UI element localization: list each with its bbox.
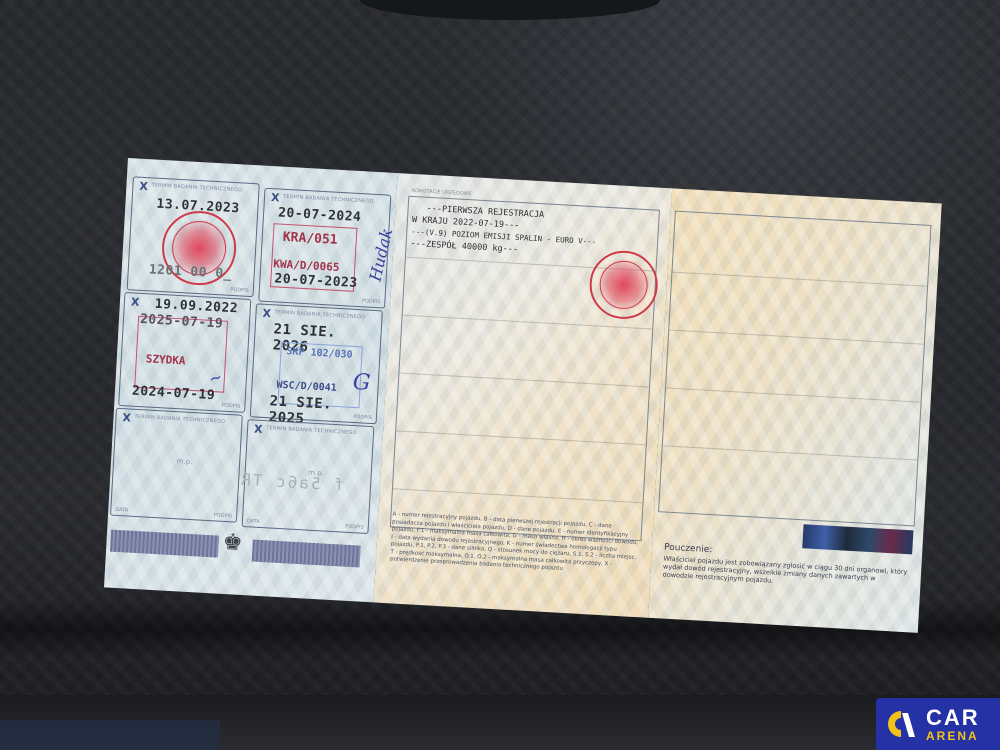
notice-panel: Pouczenie: Właściciel pojazdu jest zobow… — [648, 188, 942, 632]
date-label: DATA — [115, 507, 128, 514]
logo-text-arena: ARENA — [926, 729, 979, 743]
x-mark: X — [131, 295, 140, 308]
signature-label: PODPIS — [230, 287, 249, 294]
inspection-box-3: X 19.09.2022 2025-07-19 SZYDKA 2024-07-1… — [118, 292, 251, 413]
inspection-box-4: X TERMIN BADANIA TECHNICZNEGO 21 SIE. 20… — [250, 303, 383, 424]
box-header: TERMIN BADANIA TECHNICZNEGO — [151, 182, 242, 193]
seal-placeholder: m.p. — [176, 457, 192, 466]
polish-eagle-icon: ♚ — [222, 530, 243, 556]
signature-label: PODPIS — [362, 298, 381, 305]
inspection-panel: X TERMIN BADANIA TECHNICZNEGO 13.07.2023… — [104, 158, 398, 602]
diagnostician-code: SZYDKA — [145, 352, 185, 367]
floor-mat — [0, 720, 220, 750]
x-mark: X — [271, 191, 280, 204]
inspection-box-1: X TERMIN BADANIA TECHNICZNEGO 13.07.2023… — [127, 176, 260, 297]
signature-label: PODPIS — [222, 403, 241, 410]
x-mark: X — [254, 422, 263, 435]
signature-label: PODPIS — [214, 512, 233, 519]
car-arena-logo-icon — [886, 709, 916, 739]
x-mark: X — [139, 180, 148, 193]
inspection-box-5: X TERMIN BADANIA TECHNICZNEGO m.p. DATA … — [110, 408, 243, 523]
notes-continuation-box — [658, 211, 931, 527]
official-notes-panel: ADNOTACJE URZĘDOWE ---PIERWSZA REJESTRAC… — [374, 173, 673, 618]
x-mark: X — [262, 307, 271, 320]
registration-document: X TERMIN BADANIA TECHNICZNEGO 13.07.2023… — [104, 158, 947, 633]
signature: G — [352, 370, 371, 396]
official-notes-box: ADNOTACJE URZĘDOWE ---PIERWSZA REJESTRAC… — [390, 196, 660, 542]
inspection-box-6: X TERMIN BADANIA TECHNICZNEGO m.p. f 5a6… — [242, 419, 375, 534]
signature-label: PODPIS — [353, 414, 372, 421]
logo-text-car: CAR — [926, 705, 980, 731]
box-header: TERMIN BADANIA TECHNICZNEGO — [283, 194, 374, 205]
official-seal-icon — [588, 249, 660, 321]
box-header: TERMIN BADANIA TECHNICZNEGO — [266, 425, 357, 436]
faded-imprint: f 5a6c TR — [239, 470, 345, 495]
x-mark: X — [122, 411, 131, 424]
station-code: KRA/051 — [282, 230, 338, 248]
car-arena-logo: CAR ARENA — [876, 698, 1000, 750]
box-header: TERMIN BADANIA TECHNICZNEGO — [274, 309, 365, 320]
note-line-4: ---ZESPÓŁ 40000 kg--- — [410, 239, 518, 255]
inspection-box-2: X TERMIN BADANIA TECHNICZNEGO 20-07-2024… — [258, 188, 391, 309]
box-header: TERMIN BADANIA TECHNICZNEGO — [134, 414, 225, 425]
signature-label: PODPIS — [345, 524, 364, 531]
stamp-date-top: 20-07-2024 — [278, 205, 362, 225]
date-label: DATA — [247, 518, 260, 525]
